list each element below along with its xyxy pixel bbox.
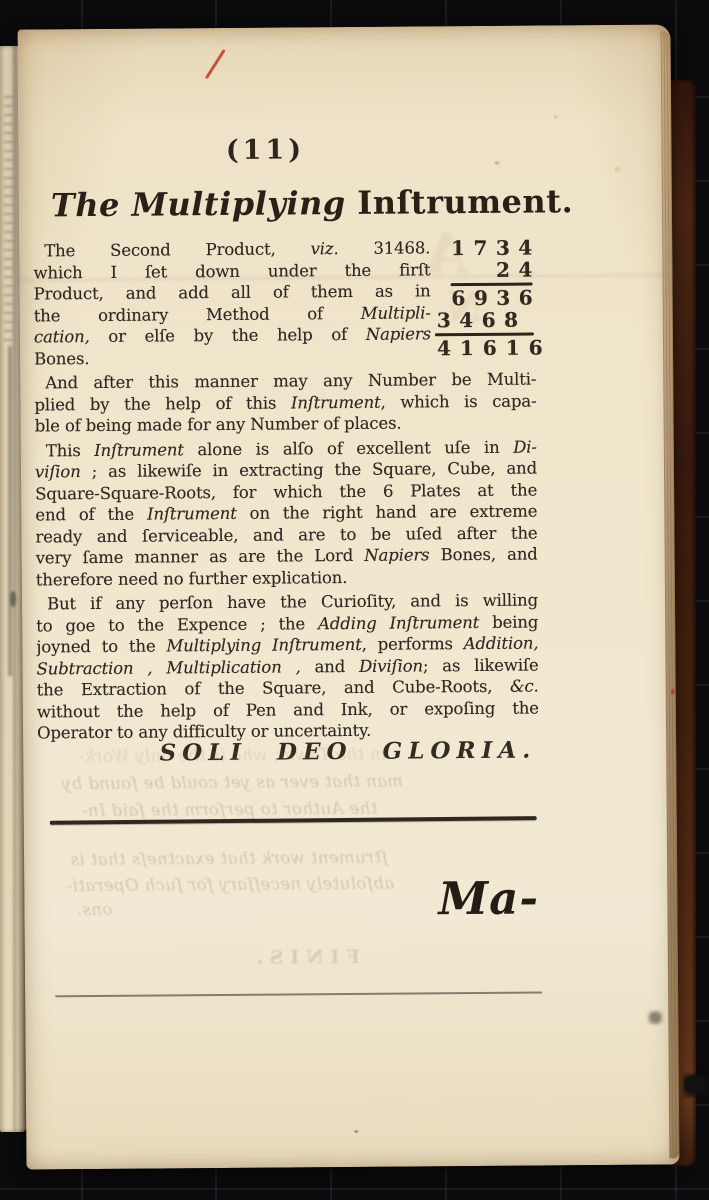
book-page: AN (11) The Multiplying Inſtrument. The …	[18, 24, 680, 1169]
page-edge-nick	[10, 591, 16, 607]
show-through-line: man that ever as yet could be found by	[61, 772, 403, 794]
foxing-spot	[354, 1130, 358, 1133]
text-line: ble of being made for any Number of plac…	[35, 412, 537, 437]
show-through-line: in the Tower, who is the only Work-	[78, 745, 386, 766]
foxing-spot	[615, 167, 621, 172]
text-line: the ordinary Method of Multipli-	[34, 302, 431, 327]
page-number: (11)	[18, 133, 512, 168]
partial-product-2: 3468	[437, 309, 526, 331]
corner-smudge	[683, 1074, 708, 1098]
background-mat: AN (11) The Multiplying Inſtrument. The …	[0, 0, 709, 1200]
product: 41616	[437, 337, 544, 359]
foxing-spot	[554, 115, 557, 118]
show-through-line: ons.	[76, 900, 112, 919]
show-through-line: FINIS.	[200, 946, 410, 970]
multiplier: 24	[436, 259, 541, 281]
show-through-sketch	[8, 346, 12, 676]
ghost-layer: AN	[18, 24, 671, 29]
page-title: The Multiplying Inſtrument.	[51, 182, 574, 224]
text-line: The Second Product, viz. 31468.	[33, 237, 430, 262]
paragraph: But if any perſon have the Curioſity, an…	[36, 590, 539, 744]
title-roman-part: Inſtrument.	[346, 182, 574, 222]
text-line: plied by the help of this Inſtrument, wh…	[34, 390, 536, 415]
text-line: very ſame manner as are the Lord Napiers…	[36, 544, 538, 569]
ink-smudge	[647, 1011, 663, 1025]
multiplicand: 1734	[436, 237, 541, 259]
text-line: therefore need no further explication.	[36, 565, 538, 590]
paragraph: And after this manner may any Number be …	[34, 369, 536, 437]
show-through-line: the Author to perform the ſaid In-	[82, 799, 378, 820]
multiplication-block: 1734 24 6936 3468 41616	[436, 238, 533, 360]
text-line: which I ſet down under the firſt	[33, 259, 430, 284]
partial-product-1: 6936	[437, 287, 542, 309]
text-line: without the help of Pen and Ink, or expo…	[37, 697, 539, 722]
show-through-line: abſolutely neceſſary for ſuch Operati-	[66, 874, 394, 896]
text-line: cation, or elſe by the help of Napiers	[34, 323, 431, 348]
show-through-layer: in the Tower, who is the only Work-man t…	[18, 24, 671, 29]
catchword: Ma-	[438, 872, 539, 926]
title-italic-part: The Multiplying	[51, 184, 346, 224]
text-line: Product, and add all of them as in	[34, 280, 431, 305]
text-line: Bones.	[34, 345, 431, 370]
paragraph: This Inſtrument alone is alſo of excelle…	[35, 436, 538, 590]
show-through-line: ſtrument work that exactneſs that is	[70, 848, 388, 869]
red-ink-dot	[671, 688, 675, 694]
red-pen-mark	[205, 49, 225, 79]
horizontal-rule-bottom	[55, 991, 542, 997]
page-edge-crease	[13, 46, 16, 1132]
show-through-sketch	[4, 91, 13, 341]
